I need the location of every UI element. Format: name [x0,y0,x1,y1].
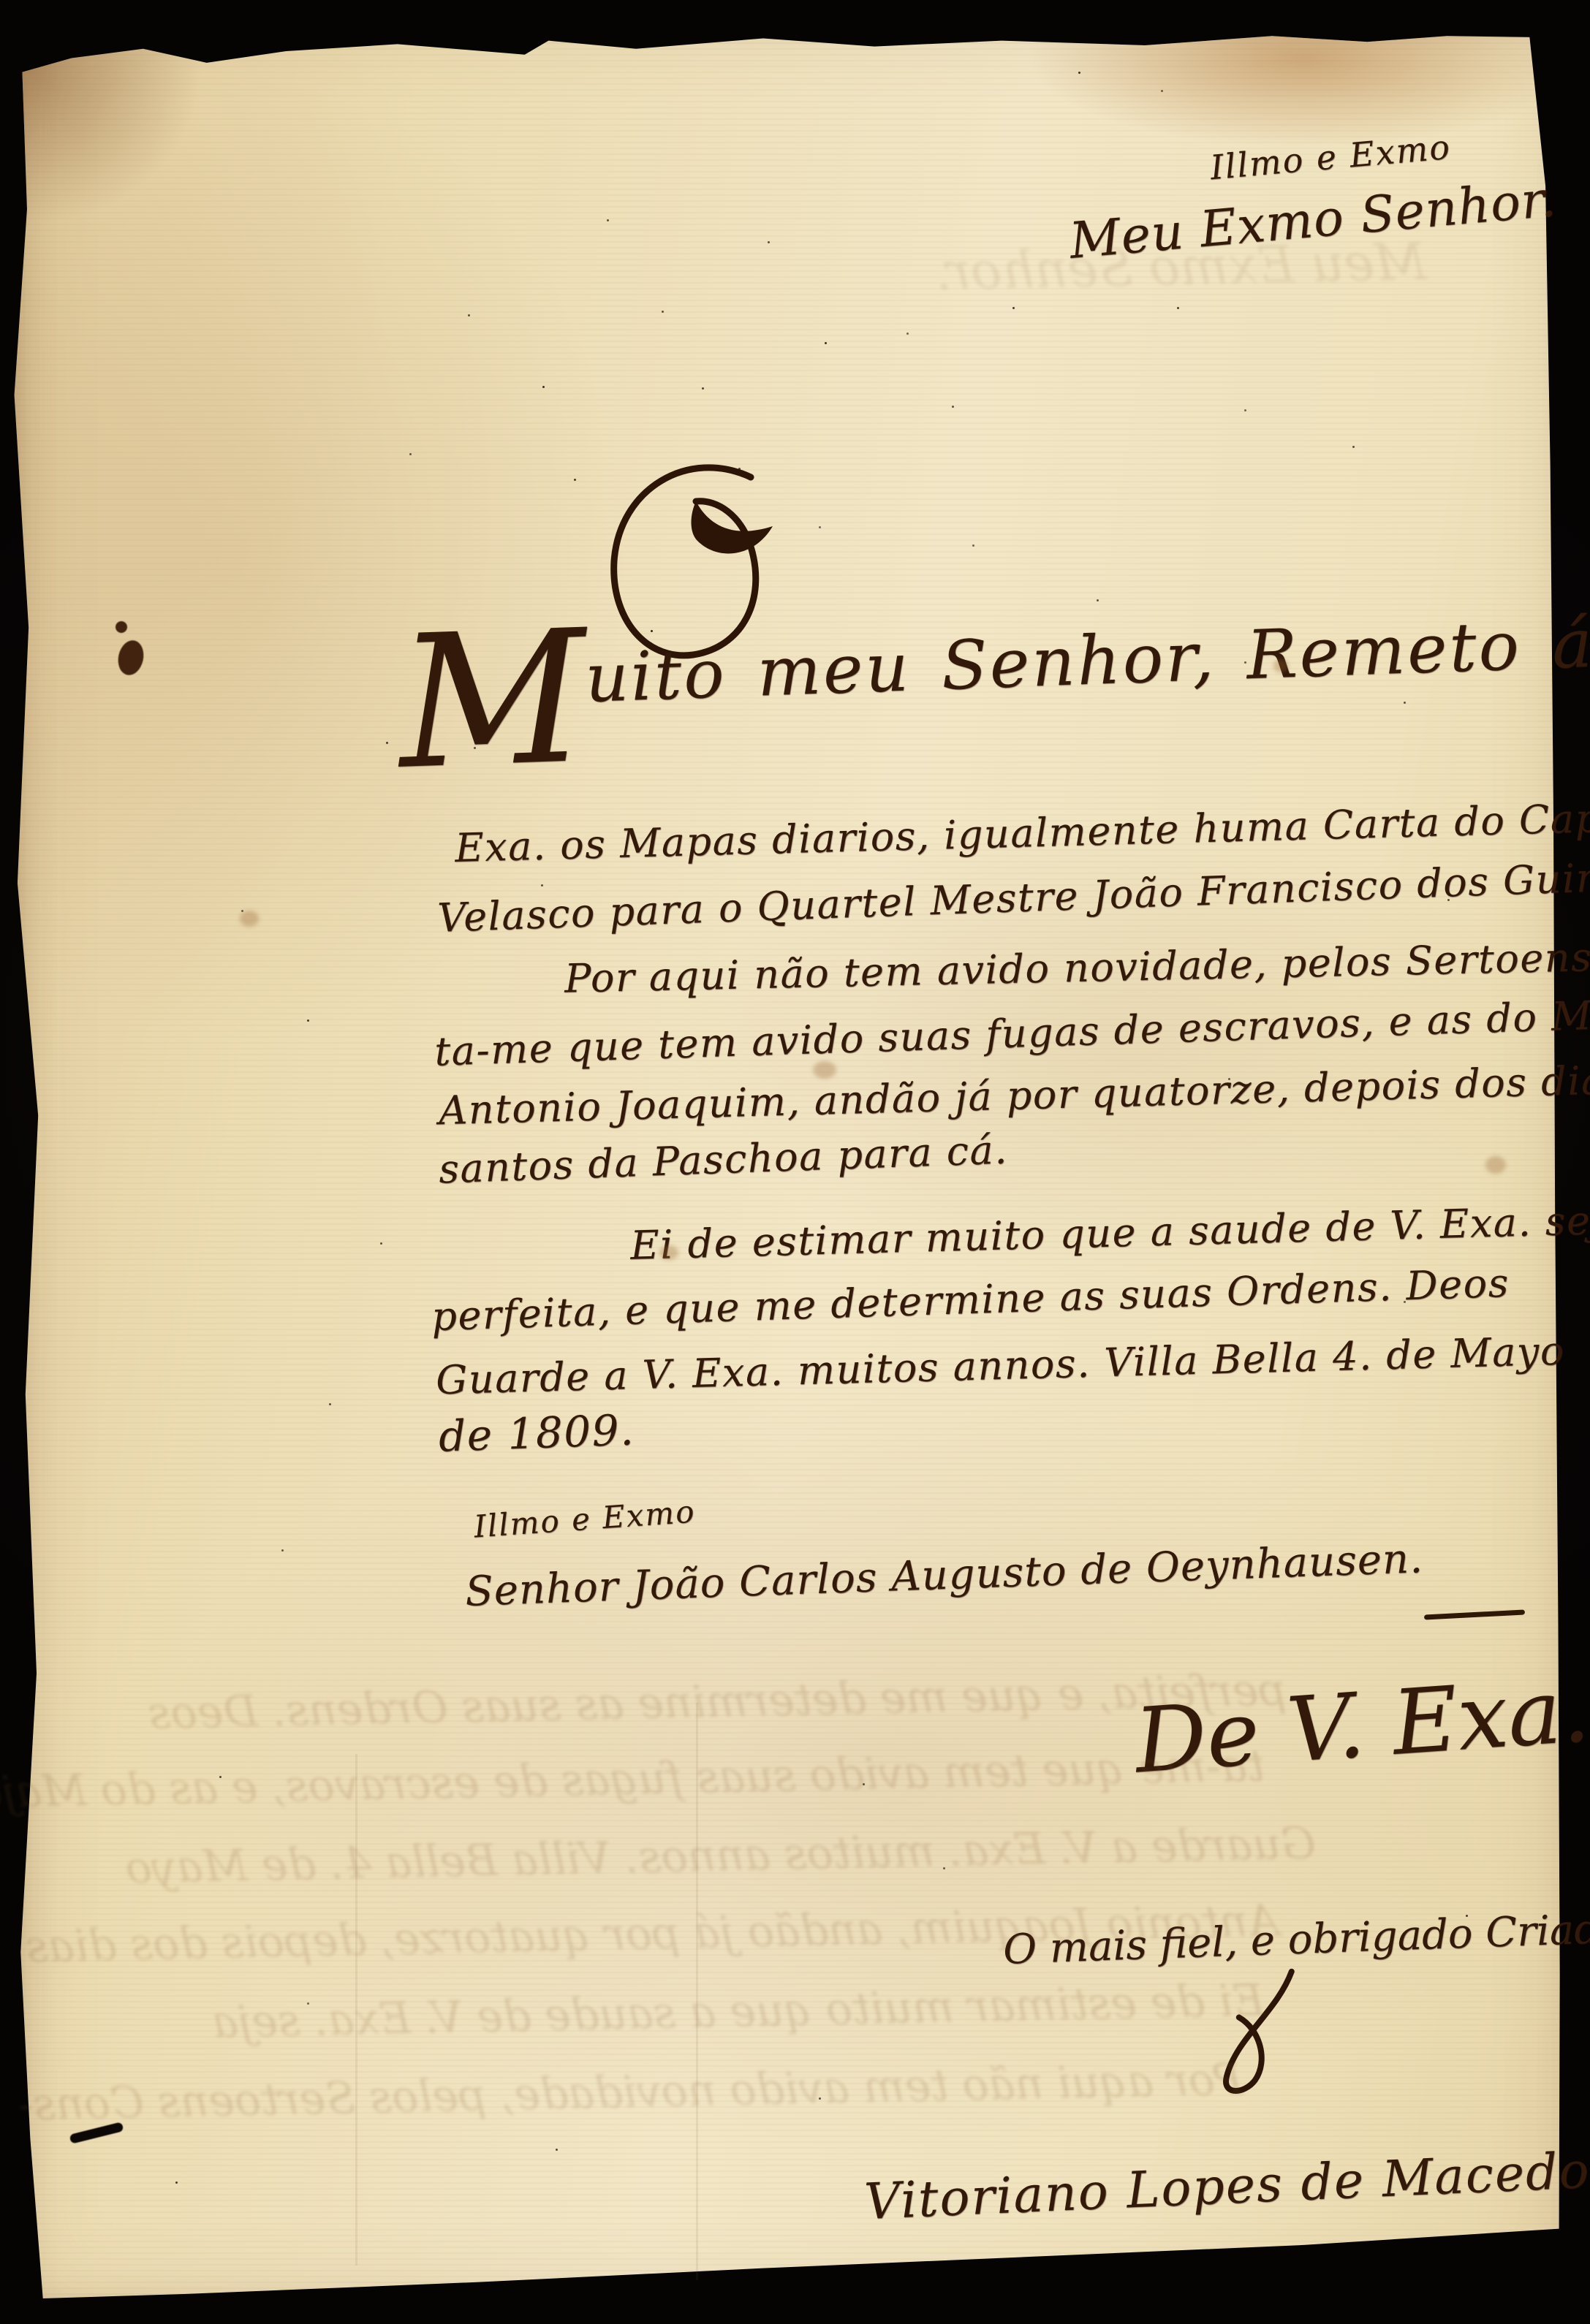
ink-blot [116,621,127,633]
body-line: de 1809. [438,1408,635,1457]
paper-specks [542,386,545,388]
fox-stain [813,1061,836,1079]
fox-stain [1485,1156,1506,1174]
opening-initial: M [395,591,589,810]
fox-stain [240,911,259,927]
bleed-through-text: Meu Exmo Senhor. [935,236,1427,297]
fox-stain [659,1245,678,1260]
photograph-of-manuscript: Illmo e Exmo Meu Exmo Senhor. Muito meu … [0,0,1590,2324]
fox-stain [1273,659,1288,672]
